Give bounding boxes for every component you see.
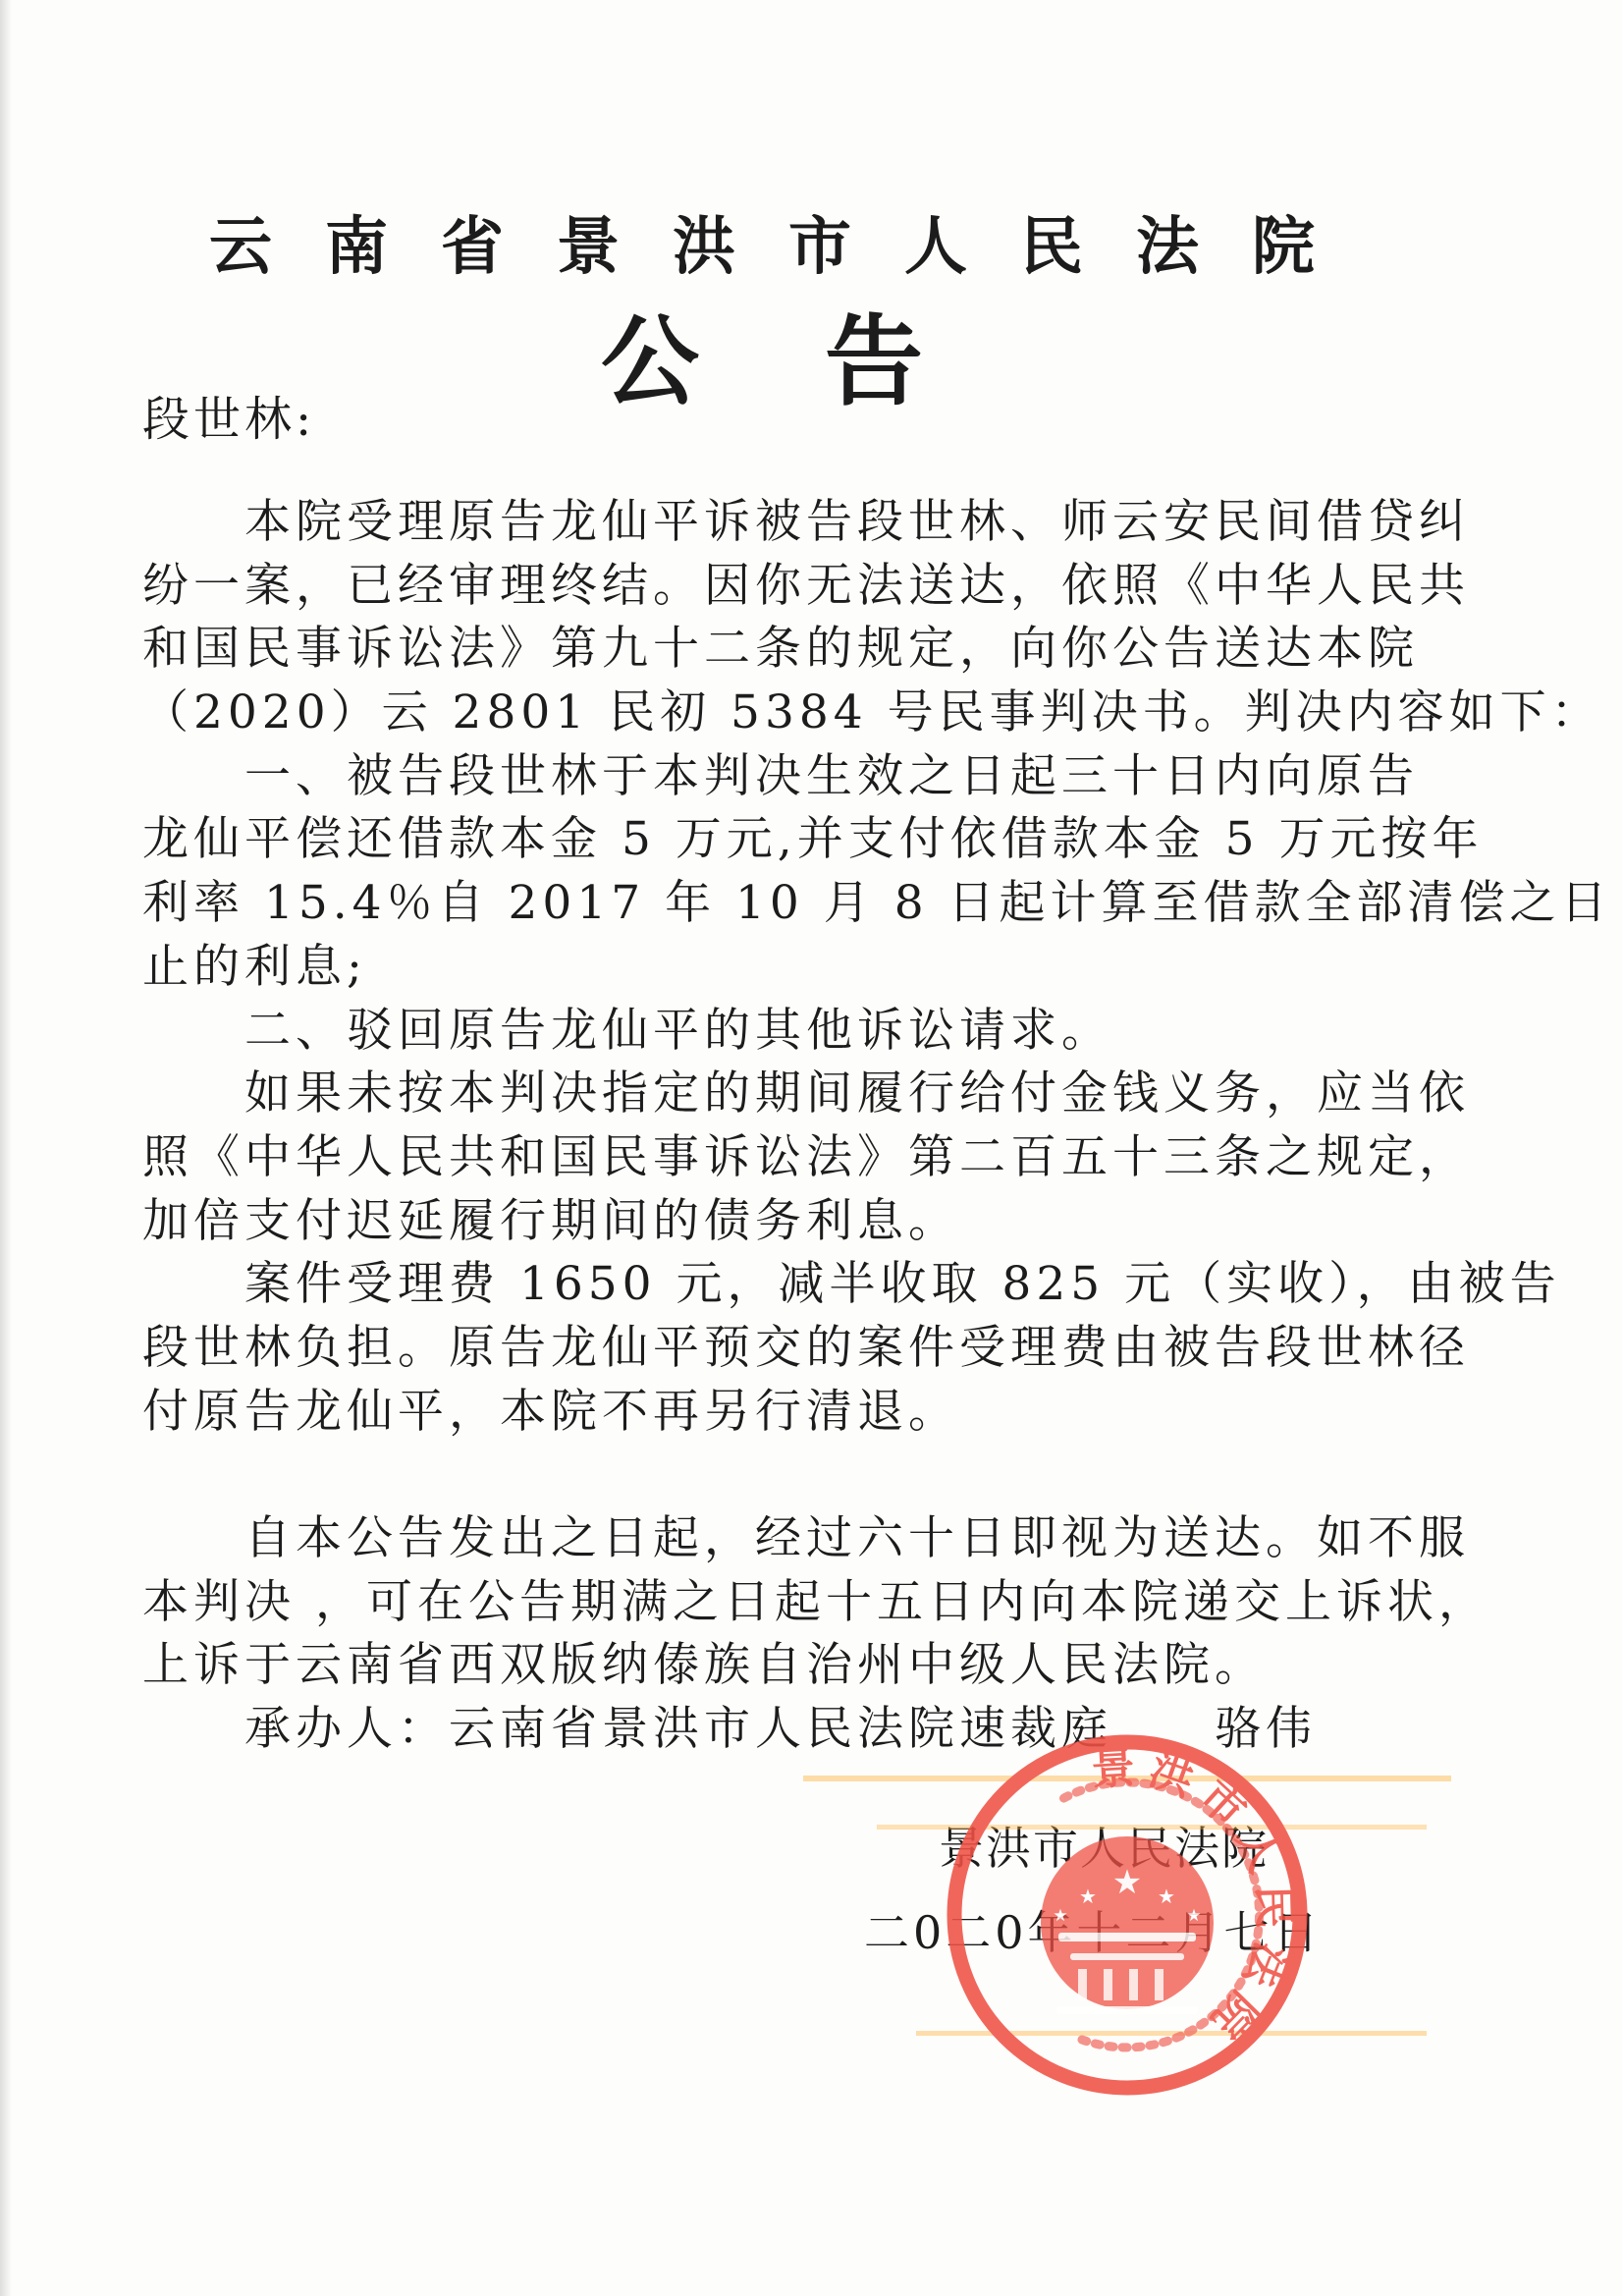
body-line: 龙仙平偿还借款本金 5 万元,并支付依借款本金 5 万元按年 (142, 808, 1497, 872)
body-line: 自本公告发出之日起，经过六十日即视为送达。如不服 (142, 1507, 1497, 1571)
body-line: 如果未按本判决指定的期间履行给付金钱义务，应当依 (142, 1063, 1497, 1126)
scan-streak (803, 1776, 1451, 1781)
body-line: 止的利息; (142, 936, 1497, 1000)
body-line: 一、被告段世林于本判决生效之日起三十日内向原告 (142, 745, 1497, 809)
body-line: 利率 15.4％自 2017 年 10 月 8 日起计算至借款全部清偿之日 (142, 872, 1497, 936)
body-line: 和国民事诉讼法》第九十二条的规定，向你公告送达本院 (142, 618, 1497, 682)
body-line: 本判决 ，可在公告期满之日起十五日内向本院递交上诉状， (142, 1571, 1497, 1635)
notice-title: 公告 (601, 283, 1049, 424)
body-line: 本院受理原告龙仙平诉被告段世林、师云安民间借贷纠 (142, 491, 1497, 555)
scan-streak (916, 2031, 1427, 2036)
emblem-gate-slit (1155, 1969, 1163, 2000)
document-page: 云南省景洪市人民法院 公告 段世林: 本院受理原告龙仙平诉被告段世林、师云安民间… (0, 0, 1623, 2296)
body-line: 加倍支付迟延履行期间的债务利息。 (142, 1190, 1497, 1254)
signature-court-name: 景洪市人民法院 (939, 1813, 1269, 1878)
page-title: 云南省景洪市人民法院 (209, 196, 1368, 287)
emblem-base-band (1056, 2006, 1198, 2014)
emblem-gate-slit (1129, 1969, 1138, 2000)
body-line: 上诉于云南省西双版纳傣族自治州中级人民法院。 (142, 1634, 1497, 1698)
body-line: 案件受理费 1650 元，减半收取 825 元（实收），由被告 (142, 1253, 1497, 1317)
body-line: 二、驳回原告龙仙平的其他诉讼请求。 (142, 1000, 1497, 1064)
notice-body: 本院受理原告龙仙平诉被告段世林、师云安民间借贷纠纷一案，已经审理终结。因你无法送… (142, 491, 1497, 1762)
body-line: 纷一案，已经审理终结。因你无法送达，依照《中华人民共 (142, 555, 1497, 619)
emblem-gate-slit (1078, 1969, 1087, 2000)
body-line: （2020）云 2801 民初 5384 号民事判决书。判决内容如下： (142, 682, 1497, 745)
body-line: 承办人：云南省景洪市人民法院速裁庭 骆伟 (142, 1698, 1497, 1762)
body-line: 付原告龙仙平，本院不再另行清退。 (142, 1381, 1497, 1445)
body-line-spacer (142, 1444, 1497, 1507)
emblem-gate-slit (1104, 1969, 1112, 2000)
signature-date: 二0二0年十二月七日 (864, 1897, 1323, 1962)
body-line: 段世林负担。原告龙仙平预交的案件受理费由被告段世林径 (142, 1317, 1497, 1381)
recipient-name: 段世林: (142, 381, 315, 449)
body-line: 照《中华人民共和国民事诉讼法》第二百五十三条之规定， (142, 1126, 1497, 1190)
